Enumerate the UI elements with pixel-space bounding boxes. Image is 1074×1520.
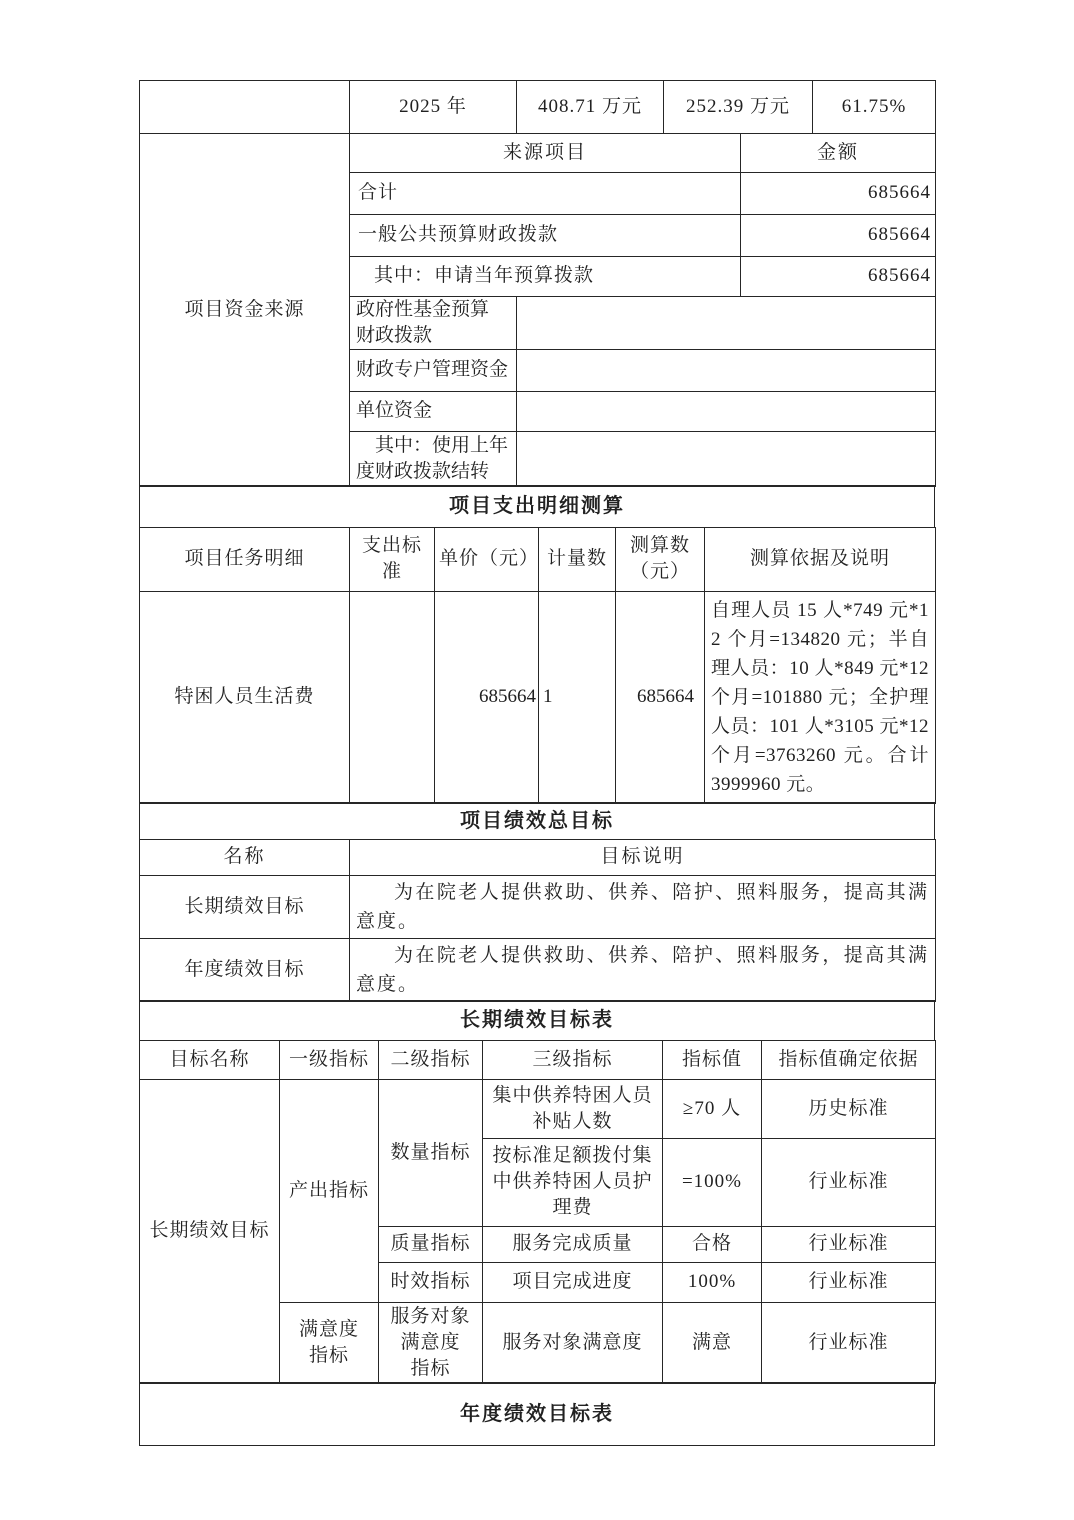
funding-amount-empty [517,296,936,349]
level3-cell: 按标准足额拨付集 中供养特困人员护 理费 [483,1138,663,1226]
overall-goal-table: 名称 目标说明 长期绩效目标 为在院老人提供救助、供养、陪护、照料服务，提高其满… [139,839,936,1002]
funding-amount-empty [517,391,936,431]
indicator-value-cell: 满意 [663,1302,762,1383]
goal-name-span-cell: 长期绩效目标 [140,1079,280,1383]
funding-source-table: 项目资金来源 来源项目 金额 合计 685664 一般公共预算财政拨款 6856… [139,133,936,487]
task-name-cell: 特困人员生活费 [140,591,350,803]
indicator-value-cell: ≥70 人 [663,1079,762,1138]
indicator-header-row: 目标名称 一级指标 二级指标 三级指标 指标值 指标值确定依据 [140,1040,936,1079]
col-header-task: 项目任务明细 [140,527,350,591]
indicator-row-subsidy: 长期绩效目标 产出指标 数量指标 集中供养特困人员 补贴人数 ≥70 人 历史标… [140,1079,936,1138]
expense-section-title: 项目支出明细测算 [140,486,935,528]
expense-header-row: 项目任务明细 支出标 准 单价（元） 计量数 测算数 （元） 测算依据及说明 [140,527,936,591]
col-header-basis: 测算依据及说明 [705,527,936,591]
annual-section-title: 年度绩效目标表 [140,1383,935,1446]
indicator-basis-cell: 历史标准 [762,1079,936,1138]
goal-name-cell: 年度绩效目标 [140,938,350,1001]
col-header-unit-price: 单价（元） [435,527,539,591]
level3-cell: 服务完成质量 [483,1226,663,1262]
longterm-section-title: 长期绩效目标表 [140,1001,935,1041]
calc-basis-cell: 自理人员 15 人*749 元*12 个月=134820 元；半自理人员：10 … [705,591,936,803]
summary-row-table: 2025 年 408.71 万元 252.39 万元 61.75% [139,80,936,134]
indicator-value-cell: 合格 [663,1226,762,1262]
goal-desc-header: 目标说明 [350,839,936,875]
level2-quantity-cell: 数量指标 [379,1079,483,1226]
overall-goal-title-row: 项目绩效总目标 [140,803,935,840]
goal-desc-cell: 为在院老人提供救助、供养、陪护、照料服务，提高其满意度。 [350,938,936,1001]
funding-amount-empty [517,349,936,391]
unit-price-cell: 685664 [435,591,539,803]
expense-title-row: 项目支出明细测算 [140,486,935,528]
standard-cell [350,591,435,803]
col-header-level1: 一级指标 [280,1040,379,1079]
calc-amount-cell: 685664 [616,591,705,803]
funding-amount: 685664 [741,172,936,214]
funding-label: 财政专户管理资金 [350,349,517,391]
funding-source-header: 来源项目 [350,133,741,172]
level1-satisfaction-cell: 满意度 指标 [280,1302,379,1383]
level1-output-cell: 产出指标 [280,1079,379,1302]
funding-header-row: 项目资金来源 来源项目 金额 [140,133,936,172]
funding-label: 其中：使用上年 度财政拨款结转 [350,431,517,486]
annual-title-row: 年度绩效目标表 [140,1383,935,1446]
col-header-standard: 支出标 准 [350,527,435,591]
annual-title-table: 年度绩效目标表 [139,1382,935,1446]
col-header-quantity: 计量数 [539,527,616,591]
summary-row: 2025 年 408.71 万元 252.39 万元 61.75% [140,81,936,134]
level2-satisfaction-cell: 服务对象 满意度 指标 [379,1302,483,1383]
funding-amount: 685664 [741,256,936,296]
level3-cell: 服务对象满意度 [483,1302,663,1383]
longterm-title-row: 长期绩效目标表 [140,1001,935,1041]
funding-section-label: 项目资金来源 [140,133,350,486]
annual-goal-row: 年度绩效目标 为在院老人提供救助、供养、陪护、照料服务，提高其满意度。 [140,938,936,1001]
indicator-basis-cell: 行业标准 [762,1138,936,1226]
finance-amount-cell: 252.39 万元 [664,81,813,134]
level3-cell: 集中供养特困人员 补贴人数 [483,1079,663,1138]
level2-quality-cell: 质量指标 [379,1226,483,1262]
document-page: 2025 年 408.71 万元 252.39 万元 61.75% 项目资金来源… [0,0,1074,1520]
col-header-goal-name: 目标名称 [140,1040,280,1079]
funding-label: 其中：申请当年预算拨款 [350,256,741,296]
indicator-value-cell: =100% [663,1138,762,1226]
expense-data-row: 特困人员生活费 685664 1 685664 自理人员 15 人*749 元*… [140,591,936,803]
col-header-basis: 指标值确定依据 [762,1040,936,1079]
funding-label: 政府性基金预算 财政拨款 [350,296,517,349]
longterm-goal-row: 长期绩效目标 为在院老人提供救助、供养、陪护、照料服务，提高其满意度。 [140,875,936,938]
level2-timeliness-cell: 时效指标 [379,1262,483,1302]
funding-label: 一般公共预算财政拨款 [350,214,741,256]
funding-label: 合计 [350,172,741,214]
overall-goal-title-table: 项目绩效总目标 [139,802,935,840]
col-header-level3: 三级指标 [483,1040,663,1079]
empty-cell [140,81,350,134]
col-header-calc-amount: 测算数 （元） [616,527,705,591]
indicator-value-cell: 100% [663,1262,762,1302]
quantity-cell: 1 [539,591,616,803]
indicator-basis-cell: 行业标准 [762,1262,936,1302]
budget-performance-table: 2025 年 408.71 万元 252.39 万元 61.75% 项目资金来源… [139,80,935,1446]
expense-title-table: 项目支出明细测算 [139,485,935,528]
expense-detail-table: 项目任务明细 支出标 准 单价（元） 计量数 测算数 （元） 测算依据及说明 特… [139,527,936,804]
col-header-value: 指标值 [663,1040,762,1079]
longterm-title-table: 长期绩效目标表 [139,1000,935,1041]
goal-name-header: 名称 [140,839,350,875]
funding-amount: 685664 [741,214,936,256]
goal-name-cell: 长期绩效目标 [140,875,350,938]
level3-cell: 项目完成进度 [483,1262,663,1302]
col-header-level2: 二级指标 [379,1040,483,1079]
total-amount-cell: 408.71 万元 [517,81,664,134]
goal-desc-cell: 为在院老人提供救助、供养、陪护、照料服务，提高其满意度。 [350,875,936,938]
year-cell: 2025 年 [350,81,517,134]
ratio-cell: 61.75% [813,81,936,134]
indicator-basis-cell: 行业标准 [762,1226,936,1262]
funding-label: 单位资金 [350,391,517,431]
funding-amount-header: 金额 [741,133,936,172]
indicator-basis-cell: 行业标准 [762,1302,936,1383]
funding-amount-empty [517,431,936,486]
overall-goal-section-title: 项目绩效总目标 [140,803,935,840]
longterm-indicator-table: 目标名称 一级指标 二级指标 三级指标 指标值 指标值确定依据 长期绩效目标 产… [139,1040,936,1384]
overall-goal-header-row: 名称 目标说明 [140,839,936,875]
